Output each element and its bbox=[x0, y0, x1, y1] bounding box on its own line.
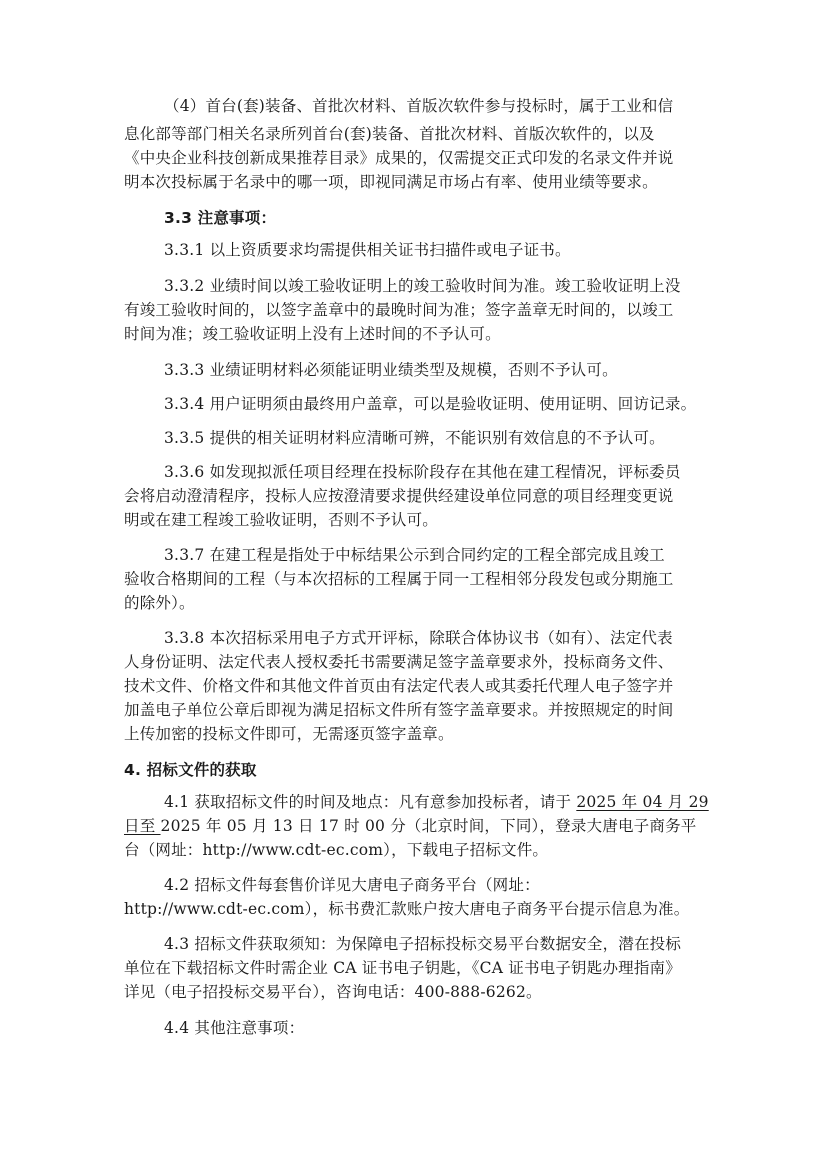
item-3-3-8-line-5: 上传加密的投标文件即可，无需逐页签字盖章。 bbox=[124, 722, 724, 746]
para-4-line-1: （4）首台(套)装备、首批次材料、首版次软件参与投标时，属于工业和信 bbox=[164, 94, 764, 118]
item-4-2-line-2: http://www.cdt-ec.com），标书费汇款账户按大唐电子商务平台提… bbox=[124, 897, 724, 921]
item-3-3-6-line-1: 3.3.6 如发现拟派任项目经理在投标阶段存在其他在建工程情况，评标委员 bbox=[164, 460, 764, 484]
item-3-3-3: 3.3.3 业绩证明材料必须能证明业绩类型及规模，否则不予认可。 bbox=[164, 358, 764, 382]
item-3-3-1: 3.3.1 以上资质要求均需提供相关证书扫描件或电子证书。 bbox=[164, 238, 764, 262]
para-4-line-3: 《中央企业科技创新成果推荐目录》成果的，仅需提交正式印发的名录文件并说 bbox=[124, 146, 724, 170]
item-4-1-start-date: 2025 年 04 月 29 bbox=[576, 793, 708, 811]
section-3-3-heading: 3.3 注意事项： bbox=[164, 206, 764, 230]
item-3-3-7-line-1: 3.3.7 在建工程是指处于中标结果公示到合同约定的工程全部完成且竣工 bbox=[164, 543, 764, 567]
item-3-3-2-line-3: 时间为准；竣工验收证明上没有上述时间的不予认可。 bbox=[124, 322, 724, 346]
document-page: （4）首台(套)装备、首批次材料、首版次软件参与投标时，属于工业和信 息化部等部… bbox=[0, 0, 827, 1169]
item-3-3-6-line-3: 明或在建工程竣工验收证明，否则不予认可。 bbox=[124, 508, 724, 532]
item-4-1-line-3: 台（网址：http://www.cdt-ec.com），下载电子招标文件。 bbox=[124, 838, 724, 862]
item-3-3-8-line-2: 人身份证明、法定代表人授权委托书需要满足签字盖章要求外，投标商务文件、 bbox=[124, 650, 724, 674]
item-4-4: 4.4 其他注意事项： bbox=[164, 1016, 764, 1040]
item-3-3-6-line-2: 会将启动澄清程序，投标人应按澄清要求提供经建设单位同意的项目经理变更说 bbox=[124, 484, 724, 508]
item-4-1-end-date: 2025 年 05 月 13 日 17 时 00 分（北京时间，下同），登录大唐… bbox=[161, 817, 697, 835]
item-3-3-8-line-1: 3.3.8 本次招标采用电子方式开评标，除联合体协议书（如有）、法定代表 bbox=[164, 626, 764, 650]
item-4-3-line-1: 4.3 招标文件获取须知：为保障电子招标投标交易平台数据安全，潜在投标 bbox=[164, 932, 764, 956]
item-4-3-line-3: 详见（电子招投标交易平台），咨询电话：400-888-6262。 bbox=[124, 980, 724, 1004]
item-3-3-7-line-3: 的除外）。 bbox=[124, 591, 724, 615]
item-3-3-4: 3.3.4 用户证明须由最终用户盖章，可以是验收证明、使用证明、回访记录。 bbox=[164, 392, 764, 416]
item-4-2-line-1: 4.2 招标文件每套售价详见大唐电子商务平台（网址： bbox=[164, 873, 764, 897]
item-3-3-2-line-1: 3.3.2 业绩时间以竣工验收证明上的竣工验收时间为准。竣工验收证明上没 bbox=[164, 274, 764, 298]
item-4-1-prefix: 4.1 获取招标文件的时间及地点：凡有意参加投标者，请于 bbox=[164, 793, 576, 811]
para-4-line-4: 明本次投标属于名录中的哪一项，即视同满足市场占有率、使用业绩等要求。 bbox=[124, 170, 724, 194]
item-3-3-2-line-2: 有竣工验收时间的，以签字盖章中的最晚时间为准；签字盖章无时间的，以竣工 bbox=[124, 298, 724, 322]
section-4-heading: 4. 招标文件的获取 bbox=[124, 758, 724, 782]
item-4-1-line-2: 日至 2025 年 05 月 13 日 17 时 00 分（北京时间，下同），登… bbox=[124, 814, 724, 838]
item-4-3-line-2: 单位在下载招标文件时需企业 CA 证书电子钥匙，《CA 证书电子钥匙办理指南》 bbox=[124, 956, 724, 980]
para-4-line-2: 息化部等部门相关名录所列首台(套)装备、首批次材料、首版次软件的，以及 bbox=[124, 122, 724, 146]
item-4-1-start-date-cont: 日至 bbox=[124, 817, 161, 835]
item-3-3-8-line-4: 加盖电子单位公章后即视为满足招标文件所有签字盖章要求。并按照规定的时间 bbox=[124, 698, 724, 722]
item-3-3-7-line-2: 验收合格期间的工程（与本次招标的工程属于同一工程相邻分段发包或分期施工 bbox=[124, 567, 724, 591]
item-4-1-line-1: 4.1 获取招标文件的时间及地点：凡有意参加投标者，请于 2025 年 04 月… bbox=[164, 790, 764, 814]
item-3-3-5: 3.3.5 提供的相关证明材料应清晰可辨，不能识别有效信息的不予认可。 bbox=[164, 426, 764, 450]
item-3-3-8-line-3: 技术文件、价格文件和其他文件首页由有法定代表人或其委托代理人电子签字并 bbox=[124, 674, 724, 698]
